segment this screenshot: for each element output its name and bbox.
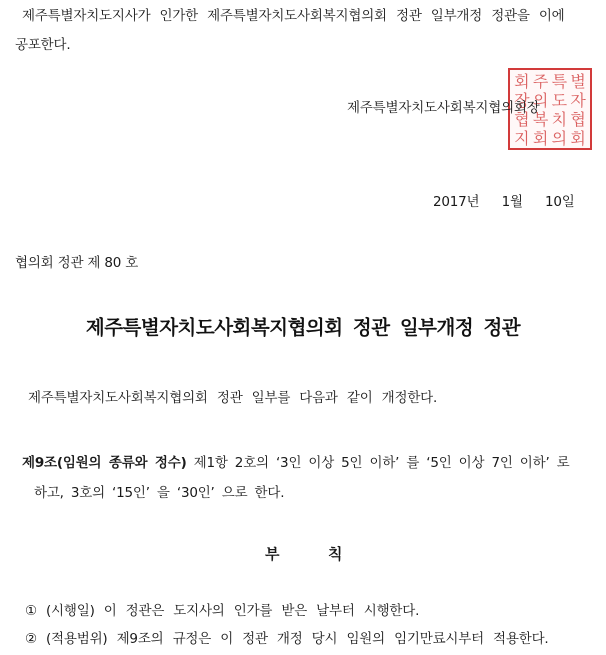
promulgation-date: 2017년 1월 10일 — [433, 193, 575, 211]
seal-char: 특 — [551, 73, 569, 91]
article-body-line-2: 하고, 3호의 ‘15인’ 을 ‘30인’ 으로 한다. — [34, 484, 284, 502]
document-title: 제주특별자치도사회복지협의회 정관 일부개정 정관 — [0, 316, 606, 340]
addenda-item-2: ② (적용범위) 제9조의 규정은 이 정관 개정 당시 임원의 임기만료시부터… — [25, 630, 549, 648]
article-heading: 제9조(임원의 종류와 정수) — [22, 455, 187, 471]
addenda-heading-right: 칙 — [328, 544, 343, 564]
promulgation-line-2: 공포한다. — [15, 36, 70, 54]
date-month: 1월 — [502, 194, 523, 210]
article-9: 제9조(임원의 종류와 정수) 제1항 2호의 ‘3인 이상 5인 이하’ 를 … — [22, 454, 569, 472]
promulgation-line-1: 제주특별자치도지사가 인가한 제주특별자치도사회복지협의회 정관 일부개정 정관… — [22, 7, 565, 25]
seal-char: 회 — [532, 130, 550, 148]
seal-char: 치 — [551, 111, 569, 129]
date-day: 10일 — [545, 194, 575, 210]
date-year: 2017년 — [433, 194, 479, 210]
addenda-heading-left: 부 — [265, 544, 280, 564]
seal-char: 자 — [569, 92, 587, 110]
seal-char: 지 — [513, 130, 531, 148]
seal-char: 회 — [513, 73, 531, 91]
seal-char: 도 — [551, 92, 569, 110]
seal-char: 의 — [551, 130, 569, 148]
addenda-item-1: ① (시행일) 이 정관은 도지사의 인가를 받은 날부터 시행한다. — [25, 602, 419, 620]
article-body-line-1: 제1항 2호의 ‘3인 이상 5인 이하’ 를 ‘5인 이상 7인 이하’ 로 — [194, 455, 570, 471]
seal-char: 회 — [569, 130, 587, 148]
signer-name: 제주특별자치도사회복지협의회장 — [347, 99, 540, 117]
seal-char: 별 — [569, 73, 587, 91]
document-number: 협의회 정관 제 80 호 — [15, 254, 138, 272]
seal-char: 주 — [532, 73, 550, 91]
seal-char: 협 — [569, 111, 587, 129]
amendment-intro: 제주특별자치도사회복지협의회 정관 일부를 다음과 같이 개정한다. — [28, 389, 437, 407]
